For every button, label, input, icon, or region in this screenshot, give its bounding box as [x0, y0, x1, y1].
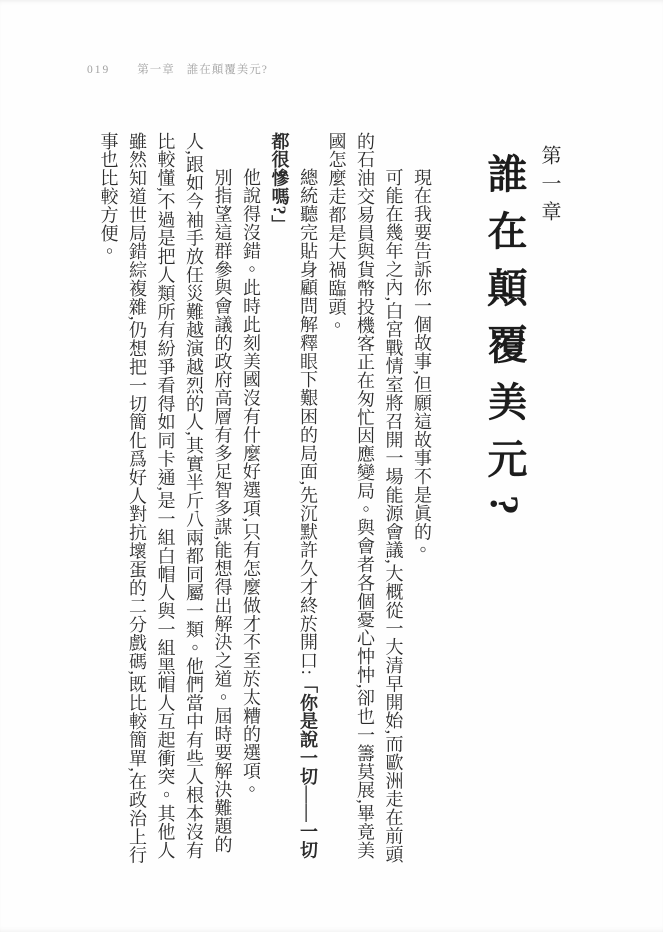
text-run: 他說得沒錯。此時此刻美國沒有什麼好選項,只有怎麼做才不至於太糟的選項。 [241, 168, 261, 799]
paragraph: 現在我要告訴你一個故事,但願這故事不是眞的。 [408, 132, 437, 868]
page-content: 第一章 誰在顛覆美元? 現在我要告訴你一個故事,但願這故事不是眞的。可能在幾年之… [94, 132, 566, 868]
chapter-title: 誰在顛覆美元? [477, 132, 532, 868]
text-run: 可能在幾年之內,白宮戰情室將召開一場能源會議,大概從一大清早開始,而歐洲走在前頭… [327, 132, 404, 864]
chapter-number: 第一章 [532, 132, 566, 868]
paragraph: 可能在幾年之內,白宮戰情室將召開一場能源會議,大概從一大清早開始,而歐洲走在前頭… [322, 132, 408, 868]
running-chapter-title: 誰在顛覆美元? [187, 64, 268, 76]
running-header: 019第一章誰在顛覆美元? [87, 61, 268, 77]
book-page: 019第一章誰在顛覆美元? 第一章 誰在顛覆美元? 現在我要告訴你一個故事,但願… [0, 0, 663, 932]
running-chapter-label: 第一章 [137, 64, 175, 76]
text-run: 總統聽完貼身顧問解釋眼下艱困的局面,先沉默許久才終於開口: [298, 168, 318, 675]
text-run: 別指望這群參與會議的政府高層有多足智多謀,能想得出解決之道。屆時要解決難題的人,… [99, 132, 233, 864]
paragraph: 別指望這群參與會議的政府高層有多足智多謀,能想得出解決之道。屆時要解決難題的人,… [94, 132, 237, 868]
page-number: 019 [87, 64, 110, 76]
text-run: 現在我要告訴你一個故事,但願這故事不是眞的。 [412, 168, 432, 559]
body-text: 現在我要告訴你一個故事,但願這故事不是眞的。可能在幾年之內,白宮戰情室將召開一場… [94, 132, 436, 868]
paragraph: 他說得沒錯。此時此刻美國沒有什麼好選項,只有怎麼做才不至於太糟的選項。 [237, 132, 266, 868]
paragraph: 總統聽完貼身顧問解釋眼下艱困的局面,先沉默許久才終於開口:「你是說一切——一切都… [265, 132, 322, 868]
